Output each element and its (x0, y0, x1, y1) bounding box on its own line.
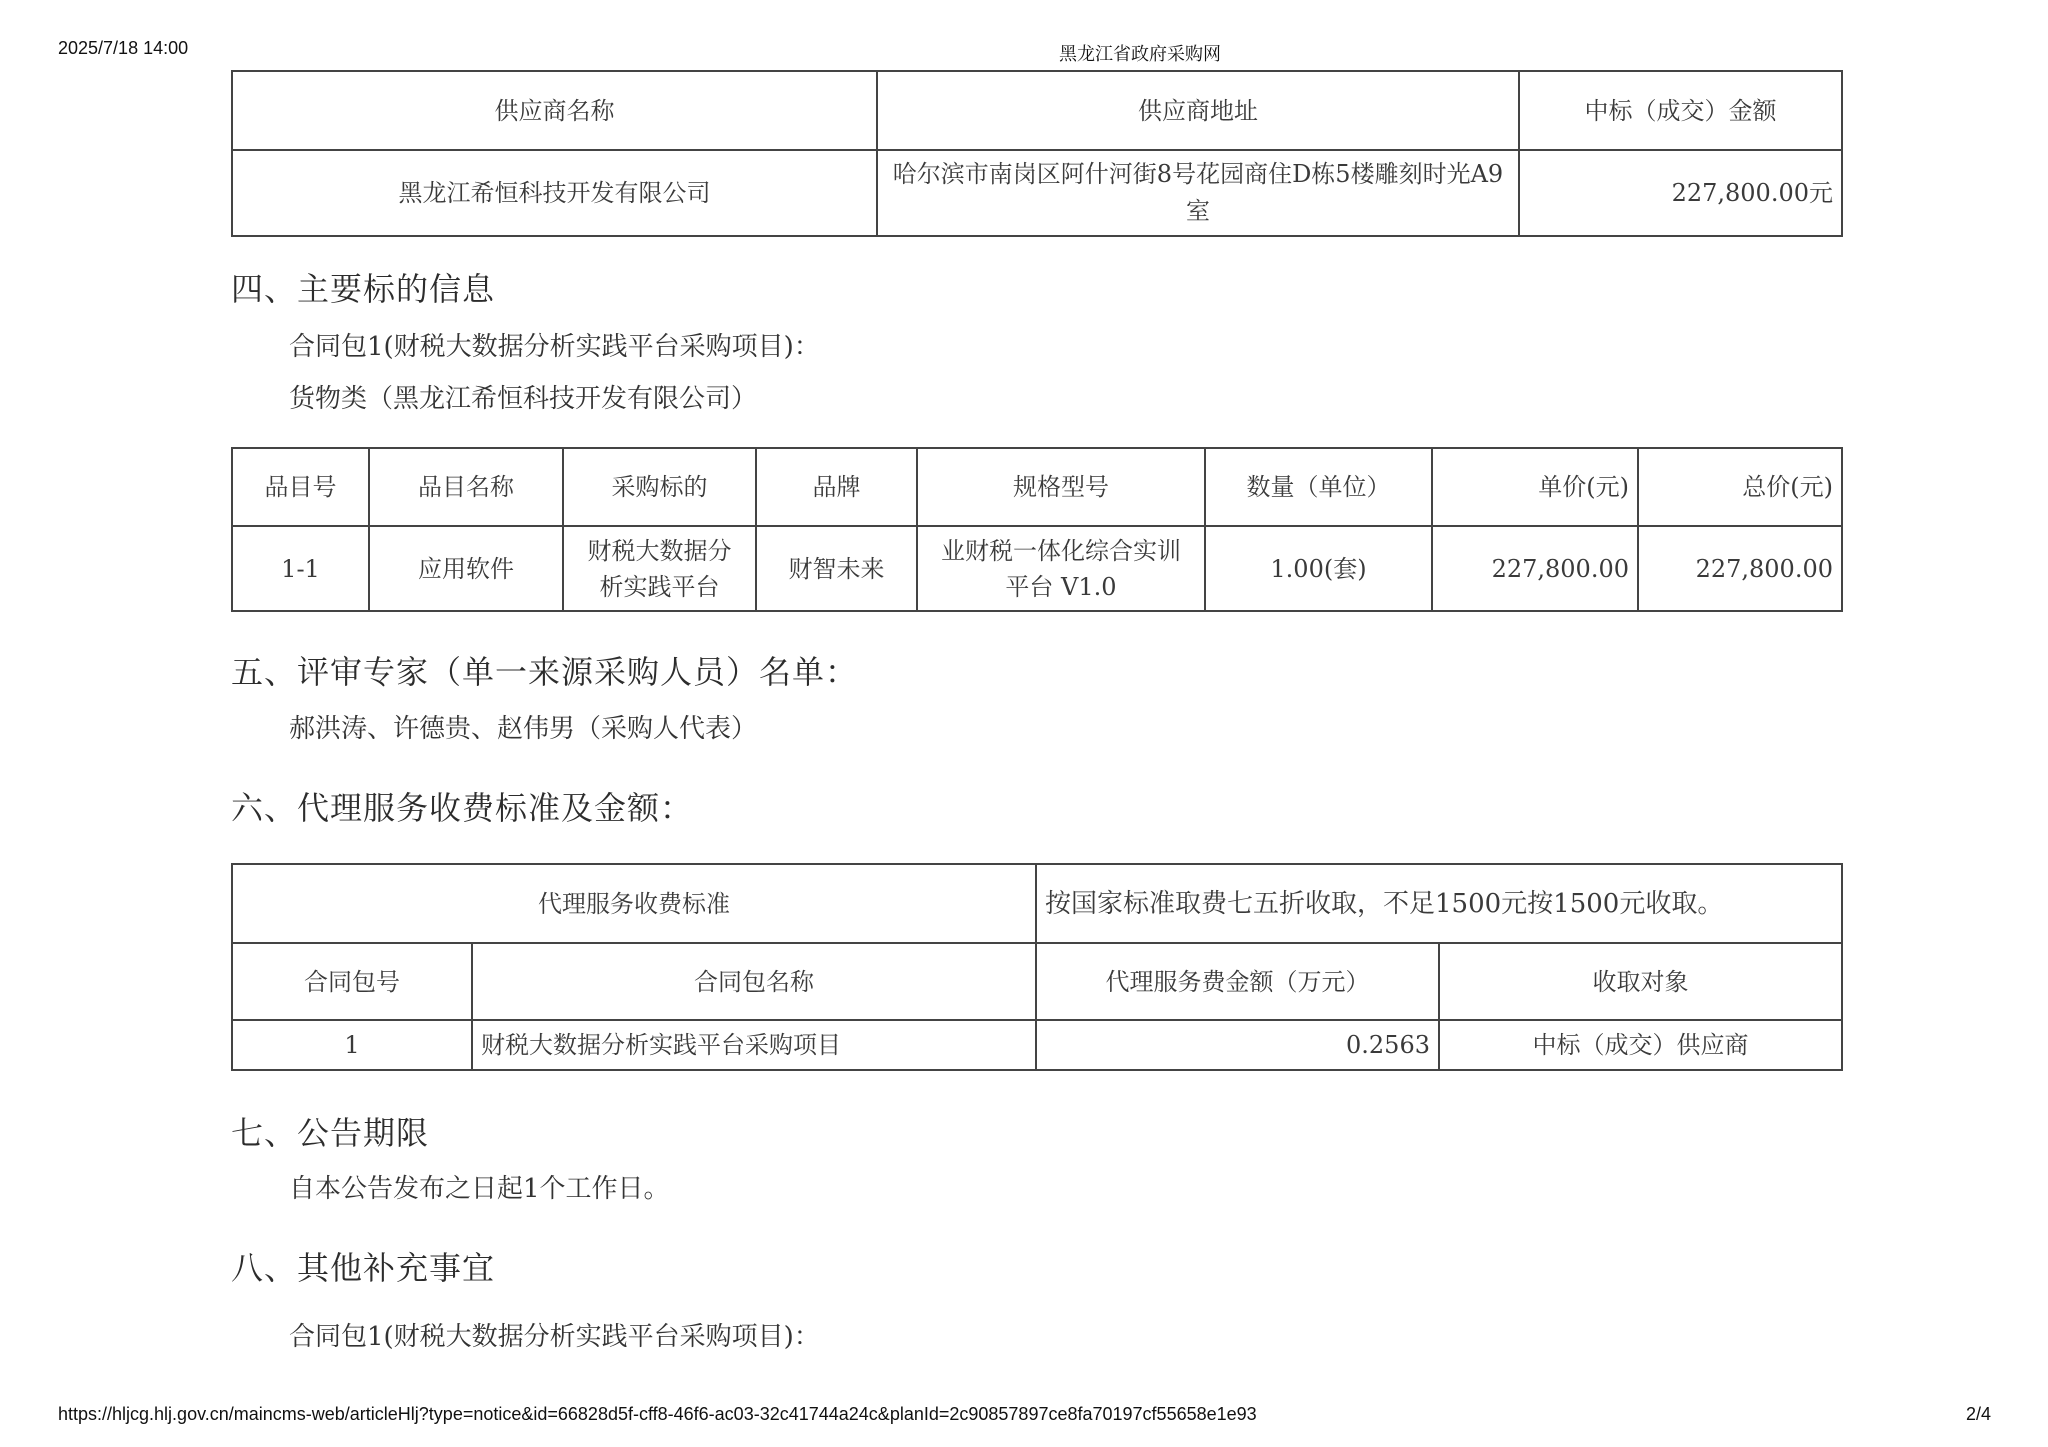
header-brand: 品牌 (756, 448, 917, 526)
section6-heading: 六、代理服务收费标准及金额： (231, 783, 693, 829)
header-supplier-name: 供应商名称 (232, 71, 877, 150)
header-award-amount: 中标（成交）金额 (1519, 71, 1842, 150)
item-name: 应用软件 (369, 526, 563, 611)
page-number: 2/4 (1966, 1404, 1991, 1425)
table-header-row: 品目号 品目名称 采购标的 品牌 规格型号 数量（单位） 单价(元) 总价(元) (232, 448, 1842, 526)
footer-url-link[interactable]: https://hljcg.hlj.gov.cn/maincms-web/art… (58, 1404, 1257, 1425)
item-quantity: 1.00(套) (1205, 526, 1432, 611)
table-header-row: 供应商名称 供应商地址 中标（成交）金额 (232, 71, 1842, 150)
fee-standard-value: 按国家标准取费七五折收取，不足1500元按1500元收取。 (1036, 864, 1842, 943)
header-package-no: 合同包号 (232, 943, 472, 1020)
section4-category-line: 货物类（黑龙江希恒科技开发有限公司） (289, 378, 757, 415)
table-row: 1-1 应用软件 财税大数据分析实践平台 财智未来 业财税一体化综合实训平台 V… (232, 526, 1842, 611)
header-fee-amount: 代理服务费金额（万元） (1036, 943, 1439, 1020)
fee-amount: 0.2563 (1036, 1020, 1439, 1070)
header-item-no: 品目号 (232, 448, 369, 526)
fee-standard-label: 代理服务收费标准 (232, 864, 1036, 943)
header-unit-price: 单价(元) (1432, 448, 1638, 526)
item-brand: 财智未来 (756, 526, 917, 611)
section4-heading: 四、主要标的信息 (231, 264, 495, 310)
supplier-table: 供应商名称 供应商地址 中标（成交）金额 黑龙江希恒科技开发有限公司 哈尔滨市南… (231, 70, 1843, 237)
item-unit-price: 227,800.00 (1432, 526, 1638, 611)
item-target: 财税大数据分析实践平台 (563, 526, 756, 611)
item-no: 1-1 (232, 526, 369, 611)
item-model: 业财税一体化综合实训平台 V1.0 (917, 526, 1205, 611)
site-title: 黑龙江省政府采购网 (1040, 40, 1240, 66)
section7-heading: 七、公告期限 (231, 1108, 429, 1154)
section5-heading: 五、评审专家（单一来源采购人员）名单： (231, 647, 858, 693)
header-quantity: 数量（单位） (1205, 448, 1432, 526)
header-item-name: 品目名称 (369, 448, 563, 526)
items-table: 品目号 品目名称 采购标的 品牌 规格型号 数量（单位） 单价(元) 总价(元)… (231, 447, 1843, 612)
print-datetime: 2025/7/18 14:00 (58, 38, 188, 59)
item-total-price: 227,800.00 (1638, 526, 1842, 611)
payer: 中标（成交）供应商 (1439, 1020, 1842, 1070)
section7-text: 自本公告发布之日起1个工作日。 (289, 1168, 670, 1205)
package-name: 财税大数据分析实践平台采购项目 (472, 1020, 1036, 1070)
section8-heading: 八、其他补充事宜 (231, 1243, 495, 1289)
section4-package-line: 合同包1(财税大数据分析实践平台采购项目)： (289, 326, 820, 363)
award-amount: 227,800.00元 (1519, 150, 1842, 236)
supplier-name: 黑龙江希恒科技开发有限公司 (232, 150, 877, 236)
fee-table: 代理服务收费标准 按国家标准取费七五折收取，不足1500元按1500元收取。 合… (231, 863, 1843, 1071)
header-supplier-address: 供应商地址 (877, 71, 1519, 150)
header-model: 规格型号 (917, 448, 1205, 526)
supplier-address: 哈尔滨市南岗区阿什河街8号花园商住D栋5楼雕刻时光A9室 (877, 150, 1519, 236)
package-no: 1 (232, 1020, 472, 1070)
fee-standard-row: 代理服务收费标准 按国家标准取费七五折收取，不足1500元按1500元收取。 (232, 864, 1842, 943)
table-row: 1 财税大数据分析实践平台采购项目 0.2563 中标（成交）供应商 (232, 1020, 1842, 1070)
table-header-row: 合同包号 合同包名称 代理服务费金额（万元） 收取对象 (232, 943, 1842, 1020)
header-total-price: 总价(元) (1638, 448, 1842, 526)
header-package-name: 合同包名称 (472, 943, 1036, 1020)
header-payer: 收取对象 (1439, 943, 1842, 1020)
table-row: 黑龙江希恒科技开发有限公司 哈尔滨市南岗区阿什河街8号花园商住D栋5楼雕刻时光A… (232, 150, 1842, 236)
section5-names: 郝洪涛、许德贵、赵伟男（采购人代表） (289, 708, 757, 745)
section8-text: 合同包1(财税大数据分析实践平台采购项目)： (289, 1316, 820, 1353)
header-target: 采购标的 (563, 448, 756, 526)
